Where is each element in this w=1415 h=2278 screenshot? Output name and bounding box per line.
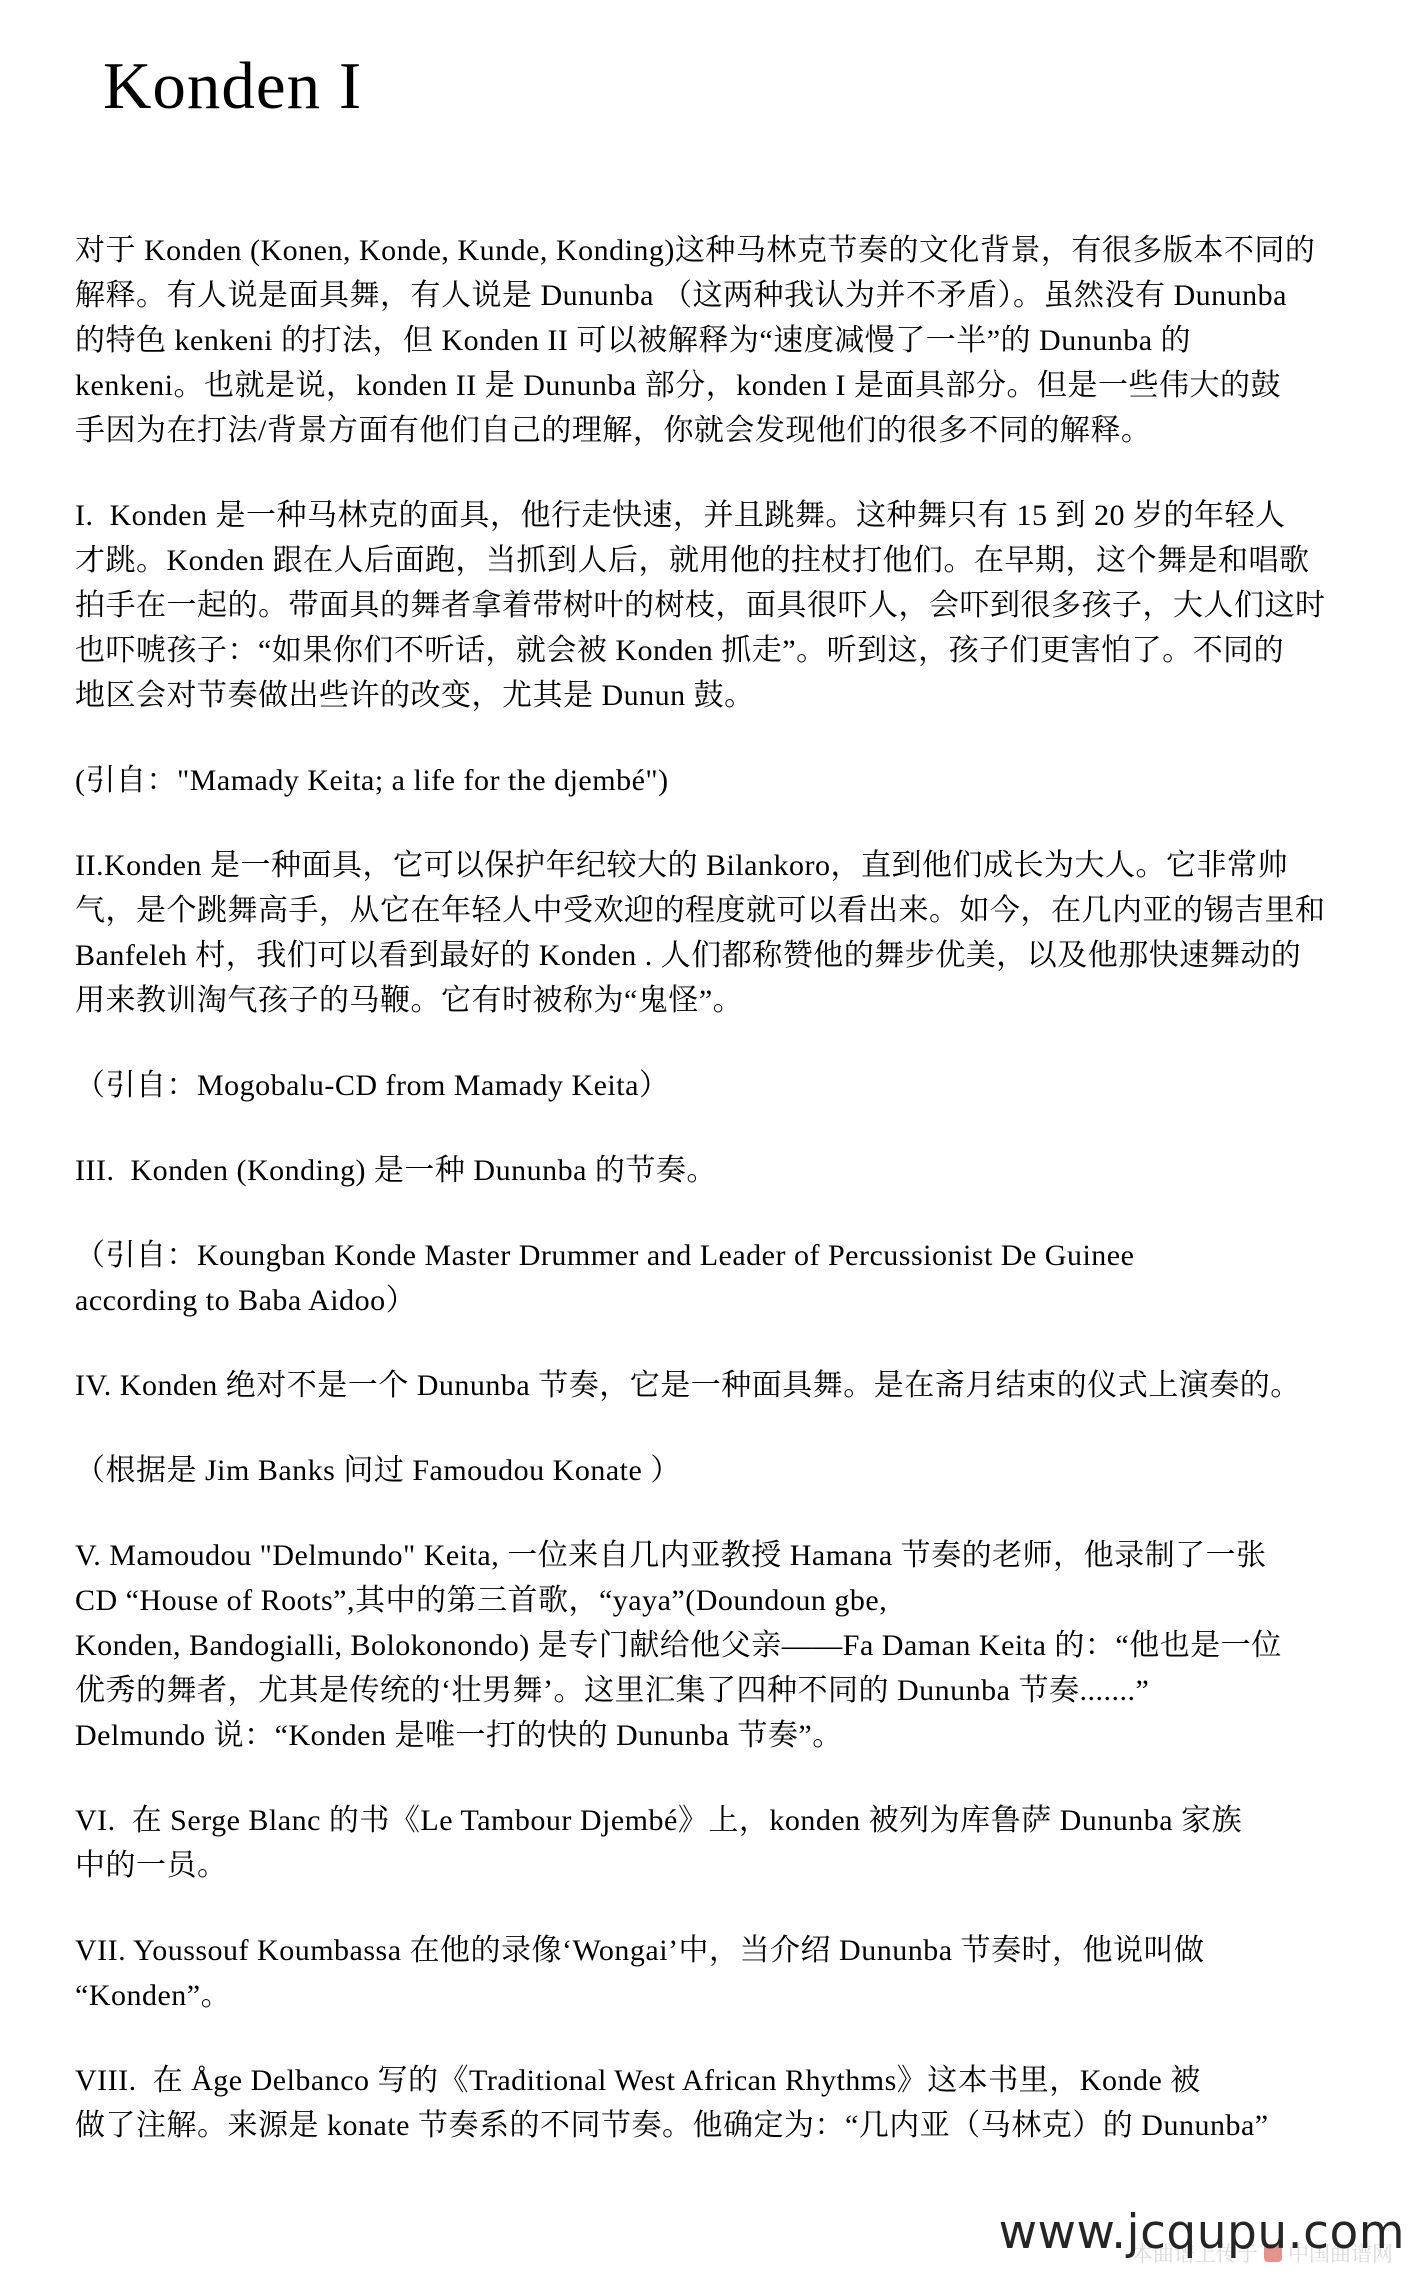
paragraph-section-6: VI. 在 Serge Blanc 的书《Le Tambour Djembé》上… — [75, 1798, 1335, 1888]
citation-mamady-keita: (引自："Mamady Keita; a life for the djembé… — [75, 758, 1335, 803]
paragraph-intro: 对于 Konden (Konen, Konde, Kunde, Konding)… — [75, 228, 1335, 453]
page-title: Konden I — [103, 42, 1335, 130]
paragraph-section-4: IV. Konden 绝对不是一个 Dununba 节奏，它是一种面具舞。是在斋… — [75, 1363, 1335, 1408]
paragraph-section-8: VIII. 在 Åge Delbanco 写的《Traditional West… — [75, 2058, 1335, 2148]
citation-mogobalu-cd: （引自：Mogobalu-CD from Mamady Keita） — [75, 1063, 1335, 1108]
document-page: Konden I 对于 Konden (Konen, Konde, Kunde,… — [0, 0, 1415, 2278]
paragraph-section-5: V. Mamoudou "Delmundo" Keita, 一位来自几内亚教授 … — [75, 1533, 1335, 1758]
citation-jim-banks: （根据是 Jim Banks 问过 Famoudou Konate ） — [75, 1448, 1335, 1493]
citation-koungban-konde: （引自：Koungban Konde Master Drummer and Le… — [75, 1233, 1335, 1323]
paragraph-section-7: VII. Youssouf Koumbassa 在他的录像‘Wongai’中，当… — [75, 1928, 1335, 2018]
paragraph-section-2: II.Konden 是一种面具，它可以保护年纪较大的 Bilankoro，直到他… — [75, 843, 1335, 1023]
paragraph-section-3: III. Konden (Konding) 是一种 Dununba 的节奏。 — [75, 1148, 1335, 1193]
watermark: 本曲谱上传于 中国曲谱网 www.jcqupu.com — [989, 2182, 1409, 2272]
watermark-site-url: www.jcqupu.com — [999, 2205, 1405, 2260]
paragraph-section-1: I. Konden 是一种马林克的面具，他行走快速，并且跳舞。这种舞只有 15 … — [75, 493, 1335, 718]
